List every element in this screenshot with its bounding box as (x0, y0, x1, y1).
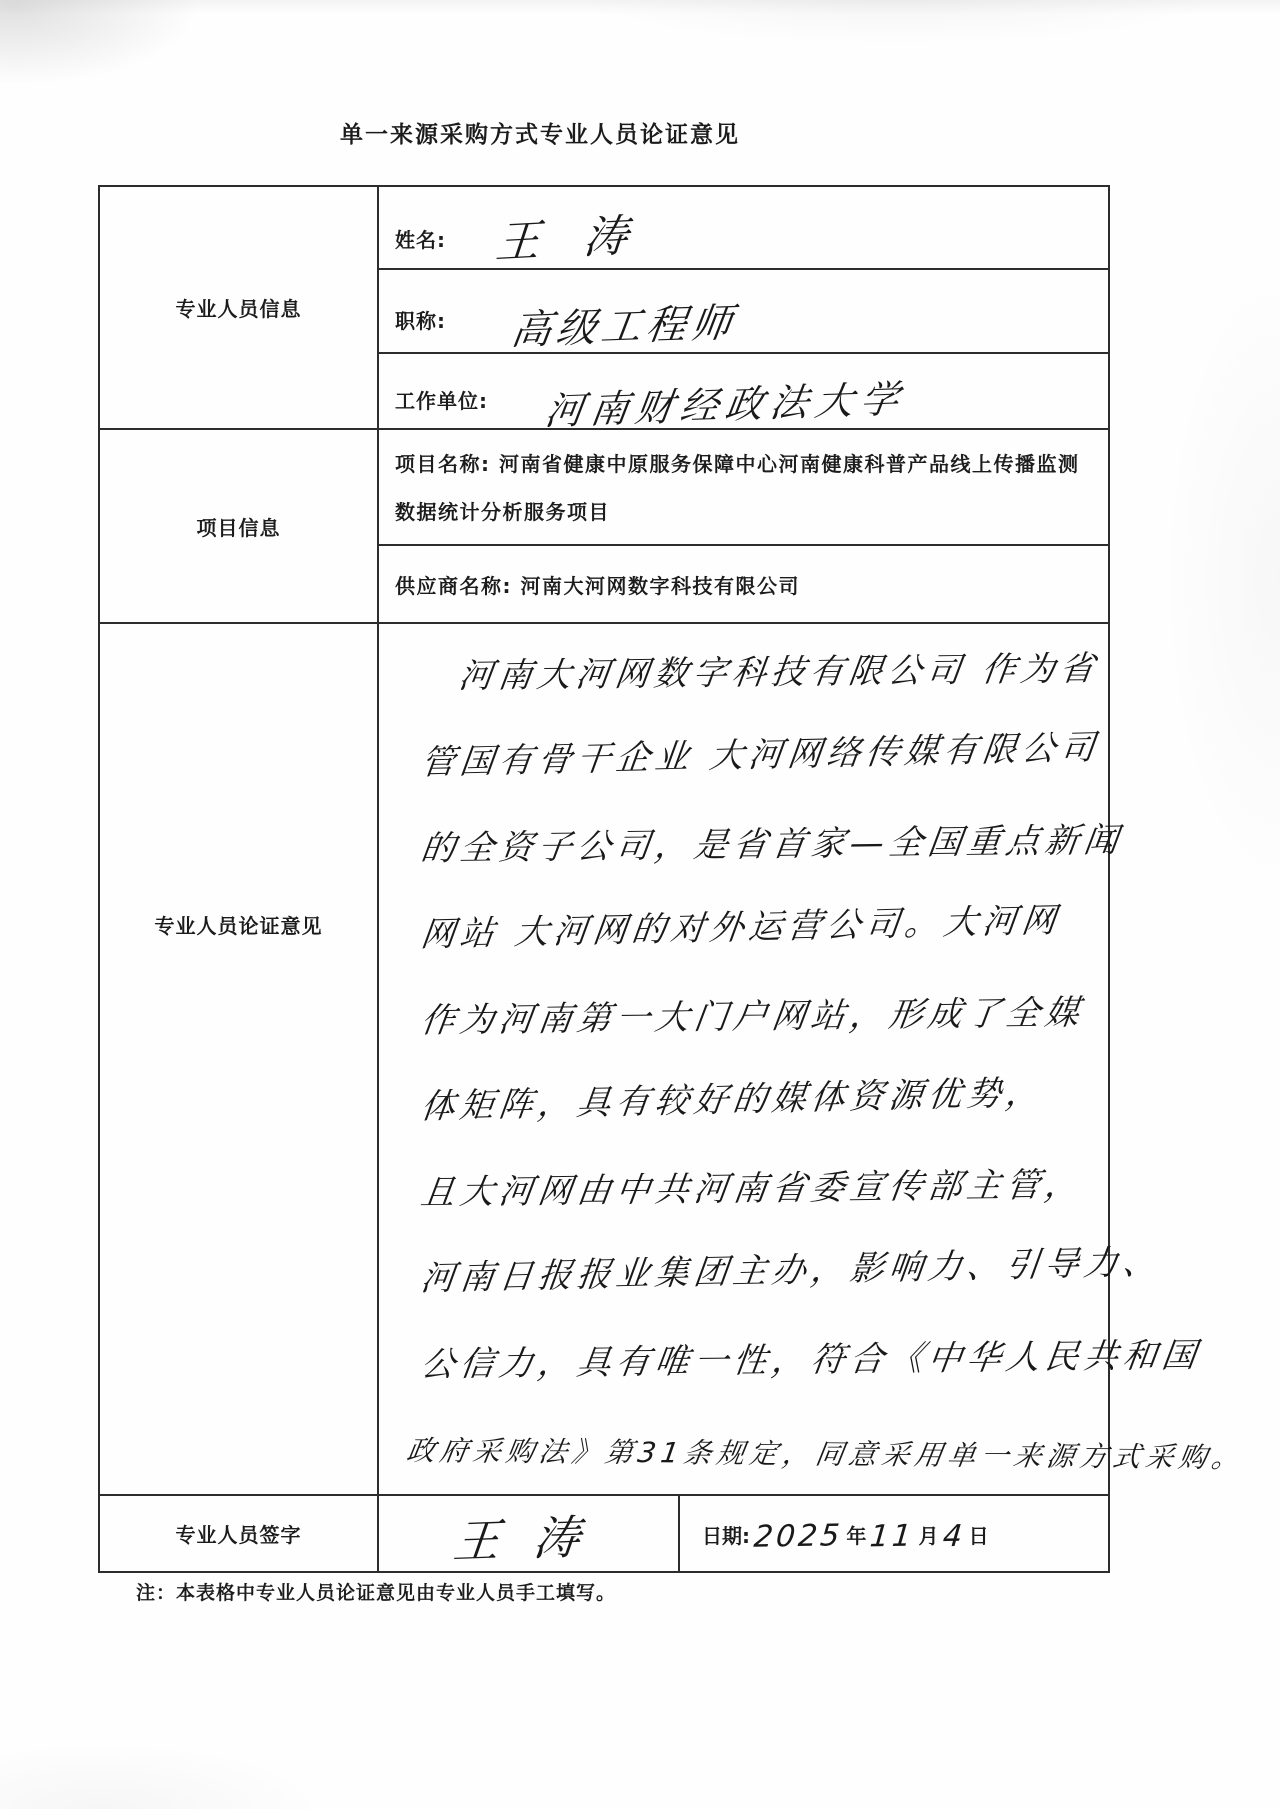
opinion-line: 河南日报报业集团主办，影响力、引导力、 (416, 1219, 1167, 1322)
name-row: 专业人员信息 姓名:王涛 (99, 186, 1109, 269)
scanned-form-page: 单一来源采购方式专业人员论证意见 专业人员信息 姓名:王涛 职称:高级工程师 (0, 0, 1280, 1809)
date-month-handwritten: 11 (869, 1519, 916, 1555)
project-name-label: 项目名称: (395, 452, 499, 476)
signature-row: 专业人员签字 王涛 日期:2025年11月4日 (99, 1495, 1109, 1572)
date-year-unit: 年 (846, 1524, 866, 1548)
opinion-line: 体矩阵，具有较好的媒体资源优势， (416, 1050, 1050, 1150)
form-table: 专业人员信息 姓名:王涛 职称:高级工程师 工作单位:河南财经政法大学 项目信息 (98, 185, 1110, 1573)
title-value-handwritten: 高级工程师 (508, 290, 741, 355)
supplier-value: 河南大河网数字科技有限公司 (520, 574, 800, 598)
signature-section-cell: 专业人员签字 (99, 1495, 378, 1572)
signature-cell: 王涛 (378, 1495, 679, 1572)
personnel-section-cell: 专业人员信息 (99, 186, 378, 429)
signature-section-label: 专业人员签字 (176, 1523, 302, 1547)
opinion-section-label: 专业人员论证意见 (155, 910, 323, 939)
name-field-cell: 姓名:王涛 (378, 186, 1109, 269)
document-title: 单一来源采购方式专业人员论证意见 (0, 116, 1080, 149)
supplier-cell: 供应商名称: 河南大河网数字科技有限公司 (378, 545, 1109, 623)
title-label: 职称: (395, 309, 446, 333)
date-day-handwritten: 4 (941, 1519, 966, 1554)
employer-value-handwritten: 河南财经政法大学 (542, 367, 910, 435)
supplier-label: 供应商名称: (395, 574, 520, 598)
project-name-cell: 项目名称: 河南省健康中原服务保障中心河南健康科普产品线上传播监测数据统计分析服… (378, 429, 1109, 545)
opinion-line: 作为河南第一大门户网站，形成了全媒 (415, 970, 1089, 1064)
project-name-row: 项目信息 项目名称: 河南省健康中原服务保障中心河南健康科普产品线上传播监测数据… (99, 429, 1109, 545)
opinion-line: 政府采购法》第31条规定，同意采用单一来源方式采购。 (401, 1408, 1251, 1501)
employer-label: 工作单位: (395, 389, 488, 413)
opinion-line: 且大河网由中共河南省委宣传部主管， (415, 1142, 1089, 1236)
opinion-handwritten-cell: 河南大河网数字科技有限公司 作为省 管国有骨干企业 大河网络传媒有限公司 的全资… (378, 623, 1109, 1495)
date-month-unit: 月 (919, 1524, 939, 1548)
personnel-section-label: 专业人员信息 (176, 297, 302, 321)
opinion-section-cell: 专业人员论证意见 (99, 623, 378, 1495)
opinion-line: 管国有骨干企业 大河网络传媒有限公司 (416, 704, 1105, 806)
name-label: 姓名: (395, 228, 446, 252)
signature-handwritten: 王涛 (440, 1499, 617, 1571)
footnote: 注：本表格中专业人员论证意见由专业人员手工填写。 (136, 1578, 616, 1605)
date-year-handwritten: 2025 (752, 1518, 843, 1555)
title-field-cell: 职称:高级工程师 (378, 269, 1109, 353)
date-label: 日期: (702, 1524, 750, 1548)
name-value-handwritten: 王涛 (493, 197, 674, 271)
date-cell: 日期:2025年11月4日 (679, 1495, 1109, 1572)
opinion-line: 公信力，具有唯一性，符合《中华人民共和国 (415, 1312, 1206, 1408)
opinion-row: 专业人员论证意见 河南大河网数字科技有限公司 作为省 管国有骨干企业 大河网络传… (99, 623, 1109, 1495)
project-section-label: 项目信息 (197, 516, 281, 540)
date-day-unit: 日 (969, 1524, 989, 1548)
employer-field-cell: 工作单位:河南财经政法大学 (378, 353, 1109, 429)
opinion-line: 网站 大河网的对外运营公司。大河网 (416, 877, 1066, 978)
project-section-cell: 项目信息 (99, 429, 378, 623)
